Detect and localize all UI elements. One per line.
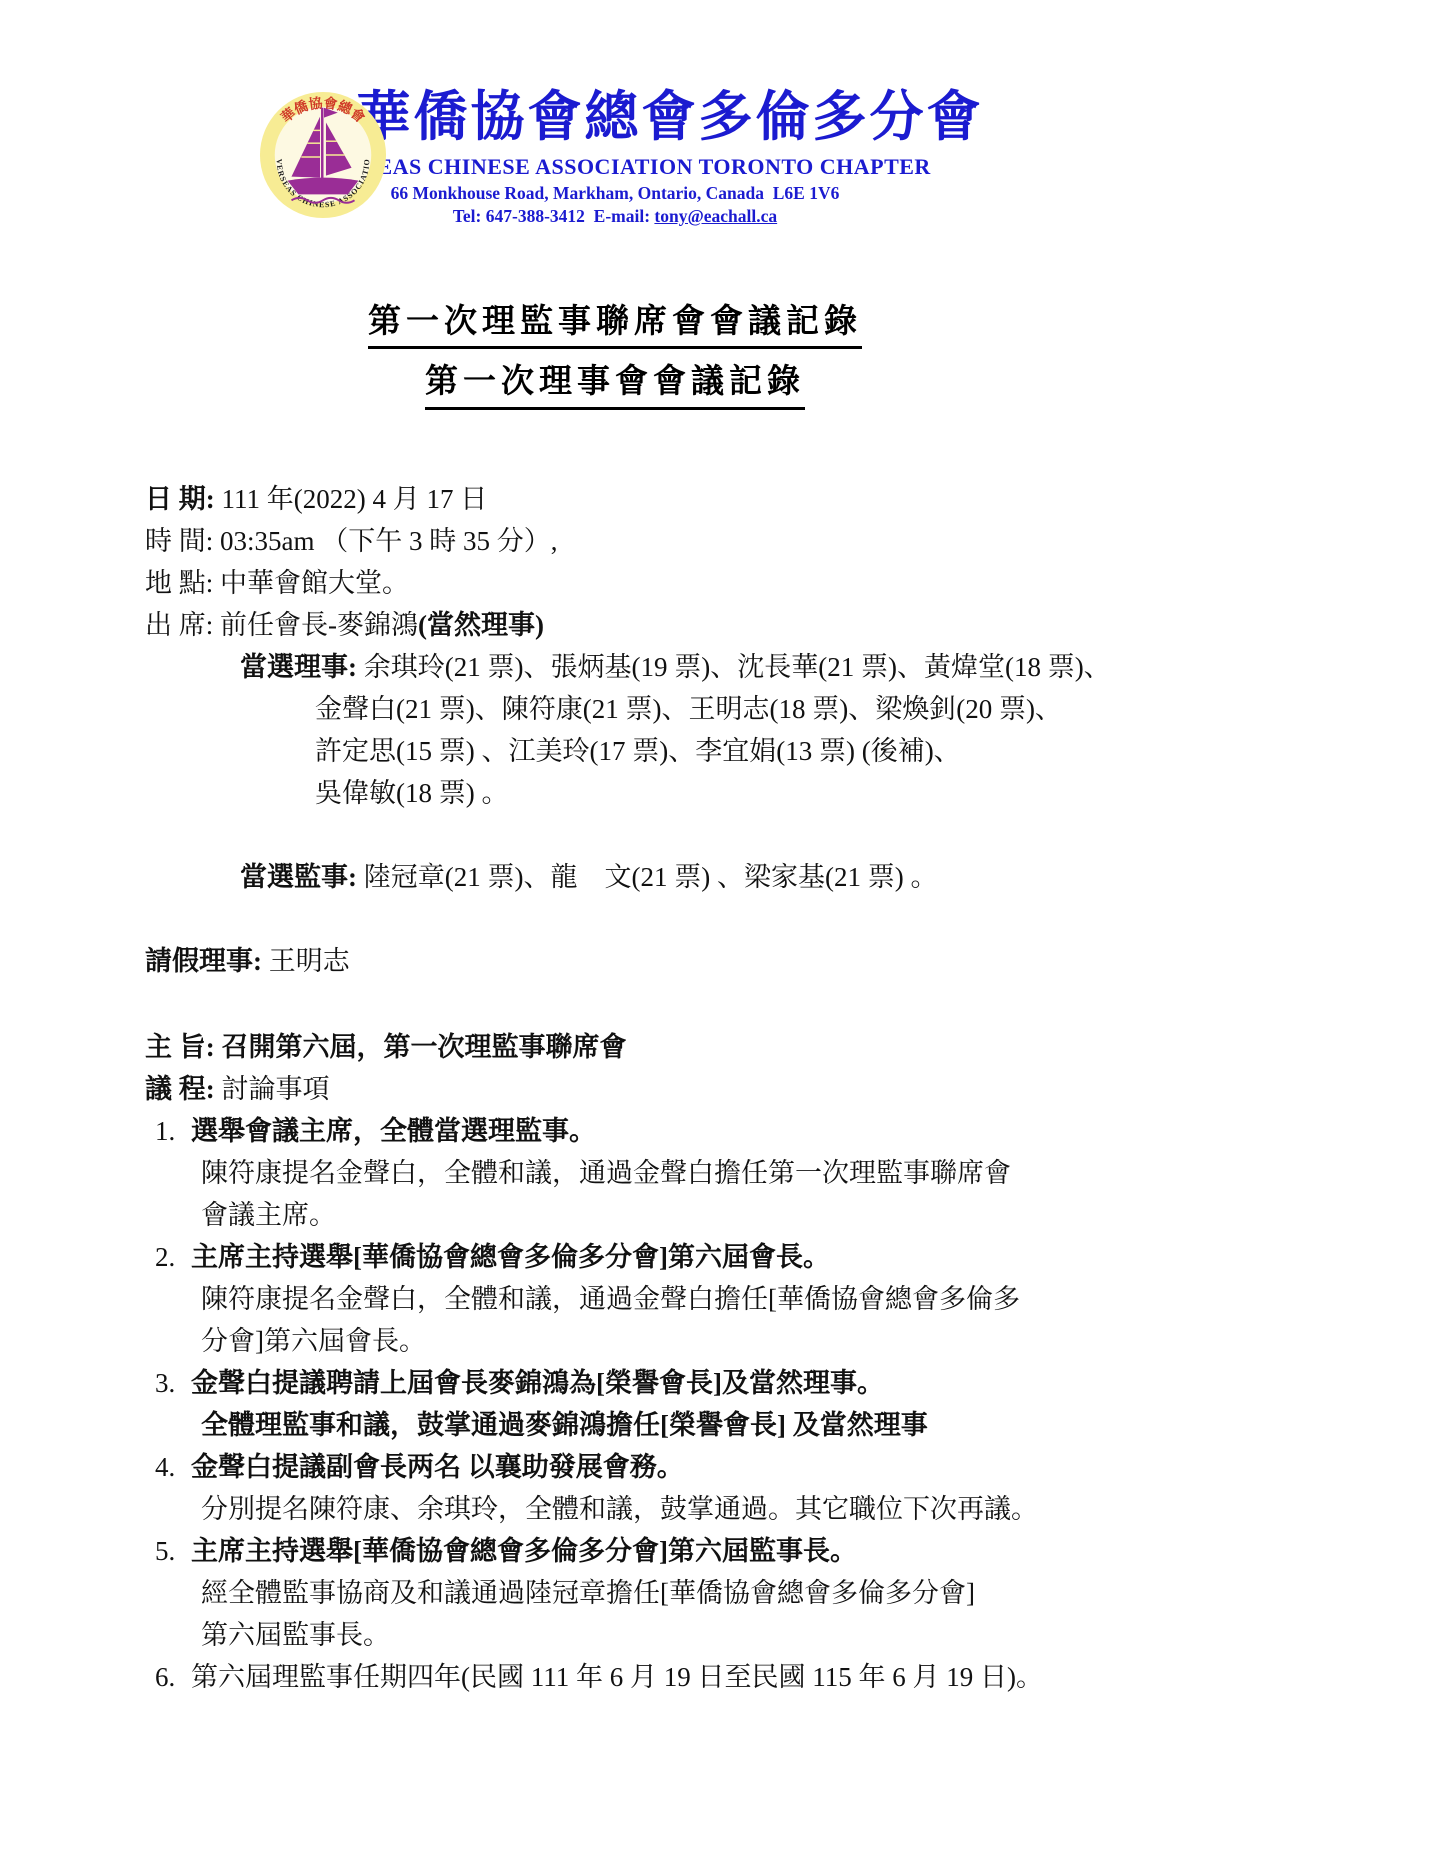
agenda-item-1-number: 1. <box>145 1110 191 1152</box>
meta-time: 時 間: 03:35am （下午 3 時 35 分）, <box>145 520 1360 562</box>
leave-directors-line: 請假理事: 王明志 <box>145 940 1360 982</box>
elected-supervisors-line: 當選監事: 陸冠章(21 票)、龍 文(21 票) 、梁家基(21 票) 。 <box>240 856 1360 898</box>
email-link[interactable]: tony@eachall.ca <box>654 206 777 226</box>
agenda-item-4-title: 金聲白提議副會長两名 以襄助發展會務。 <box>191 1446 1360 1488</box>
letterhead: 華僑協會總會 OVERSEAS CHINESE ASSOCIATION <box>145 86 1360 282</box>
meta-attend-note: (當然理事) <box>418 610 544 640</box>
purpose-label: 主 旨: <box>145 1032 222 1062</box>
agenda-item-2-body2: 分會]第六屆會長。 <box>201 1320 1360 1362</box>
meta-place-label: 地 點: <box>145 568 220 598</box>
agenda-item-5-number: 5. <box>145 1530 191 1572</box>
purpose-value: 召開第六屆，第一次理監事聯席會 <box>222 1032 627 1062</box>
agenda-item-1-title: 選舉會議主席，全體當選理監事。 <box>191 1110 1360 1152</box>
meta-attendees: 出 席: 前任會長-麥錦鴻(當然理事) <box>145 604 1360 646</box>
meta-attend-label: 出 席: <box>145 610 220 640</box>
meta-attend-value: 前任會長-麥錦鴻 <box>220 610 418 640</box>
elected-directors-line4: 吳偉敏(18 票) 。 <box>315 772 1360 814</box>
agenda-item-5-title: 主席主持選舉[華僑協會總會多倫多分會]第六屆監事長。 <box>191 1530 1360 1572</box>
agenda-item-2: 2. 主席主持選舉[華僑協會總會多倫多分會]第六屆會長。 <box>145 1236 1360 1278</box>
agenda-item-1-body1: 陳符康提名金聲白，全體和議，通過金聲白擔任第一次理監事聯席會 <box>201 1152 1360 1194</box>
leave-directors-label: 請假理事: <box>145 946 269 976</box>
agenda-item-6-number: 6. <box>145 1656 191 1698</box>
agenda-item-6-title: 第六屆理監事任期四年(民國 111 年 6 月 19 日至民國 115 年 6 … <box>191 1656 1360 1698</box>
agenda-item-3-body1: 全體理監事和議，鼓掌通過麥錦鴻擔任[榮譽會長] 及當然理事 <box>201 1404 1360 1446</box>
agenda-item-4-body1: 分別提名陳符康、余琪玲，全體和議，鼓掌通過。其它職位下次再議。 <box>201 1488 1360 1530</box>
elected-directors-label: 當選理事: <box>240 652 364 682</box>
agenda-item-2-title: 主席主持選舉[華僑協會總會多倫多分會]第六屆會長。 <box>191 1236 1360 1278</box>
meeting-title-sub: 第一次理事會會議記錄 <box>425 362 805 409</box>
agenda-item-5: 5. 主席主持選舉[華僑協會總會多倫多分會]第六屆監事長。 <box>145 1530 1360 1572</box>
agenda-item-2-number: 2. <box>145 1236 191 1278</box>
meta-place-value: 中華會館大堂。 <box>220 568 409 598</box>
agenda-line: 議 程: 討論事項 <box>145 1068 1360 1110</box>
meeting-title-main: 第一次理監事聯席會會議記錄 <box>368 302 862 349</box>
agenda-label: 議 程: <box>145 1074 222 1104</box>
agenda-item-5-body2: 第六屆監事長。 <box>201 1614 1360 1656</box>
agenda-item-4: 4. 金聲白提議副會長两名 以襄助發展會務。 <box>145 1446 1360 1488</box>
elected-directors-names1: 余琪玲(21 票)、張炳基(19 票)、沈長華(21 票)、黃煒堂(18 票)、 <box>364 652 1111 682</box>
elected-directors-line1: 當選理事: 余琪玲(21 票)、張炳基(19 票)、沈長華(21 票)、黃煒堂(… <box>240 646 1360 688</box>
purpose-line: 主 旨: 召開第六屆，第一次理監事聯席會 <box>145 1026 1360 1068</box>
meeting-minutes-body: 日 期: 111 年(2022) 4 月 17 日 時 間: 03:35am （… <box>145 478 1360 1698</box>
meta-date: 日 期: 111 年(2022) 4 月 17 日 <box>145 478 1360 520</box>
agenda-item-6: 6. 第六屆理監事任期四年(民國 111 年 6 月 19 日至民國 115 年… <box>145 1656 1360 1698</box>
leave-directors-value: 王明志 <box>269 946 350 976</box>
agenda-item-4-number: 4. <box>145 1446 191 1488</box>
meta-place: 地 點: 中華會館大堂。 <box>145 562 1360 604</box>
agenda-item-3: 3. 金聲白提議聘請上屆會長麥錦鴻為[榮譽會長]及當然理事。 <box>145 1362 1360 1404</box>
agenda-item-3-number: 3. <box>145 1362 191 1404</box>
agenda-item-1-body2: 會議主席。 <box>201 1194 1360 1236</box>
meta-date-value: 111 年(2022) 4 月 17 日 <box>222 484 488 514</box>
agenda-item-1: 1. 選舉會議主席，全體當選理監事。 <box>145 1110 1360 1152</box>
elected-supervisors-label: 當選監事: <box>240 862 364 892</box>
document-page: 華僑協會總會 OVERSEAS CHINESE ASSOCIATION <box>0 0 1440 1864</box>
document-titles: 第一次理監事聯席會會議記錄 第一次理事會會議記錄 <box>145 302 1085 410</box>
association-logo-icon: 華僑協會總會 OVERSEAS CHINESE ASSOCIATION <box>258 90 388 220</box>
agenda-value: 討論事項 <box>222 1074 330 1104</box>
meta-date-label: 日 期: <box>145 484 222 514</box>
tel-text: Tel: 647-388-3412 E-mail: <box>453 206 655 226</box>
elected-directors-line3: 許定思(15 票) 、江美玲(17 票)、李宜娟(13 票) (後補)、 <box>315 730 1360 772</box>
elected-directors-line2: 金聲白(21 票)、陳符康(21 票)、王明志(18 票)、梁煥釗(20 票)、 <box>315 688 1360 730</box>
meta-time-value: 03:35am （下午 3 時 35 分）, <box>220 526 558 556</box>
meta-time-label: 時 間: <box>145 526 220 556</box>
agenda-item-5-body1: 經全體監事協商及和議通過陸冠章擔任[華僑協會總會多倫多分會] <box>201 1572 1360 1614</box>
agenda-item-3-title: 金聲白提議聘請上屆會長麥錦鴻為[榮譽會長]及當然理事。 <box>191 1362 1360 1404</box>
elected-supervisors-names: 陸冠章(21 票)、龍 文(21 票) 、梁家基(21 票) 。 <box>364 862 938 892</box>
agenda-item-2-body1: 陳符康提名金聲白，全體和議，通過金聲白擔任[華僑協會總會多倫多 <box>201 1278 1360 1320</box>
